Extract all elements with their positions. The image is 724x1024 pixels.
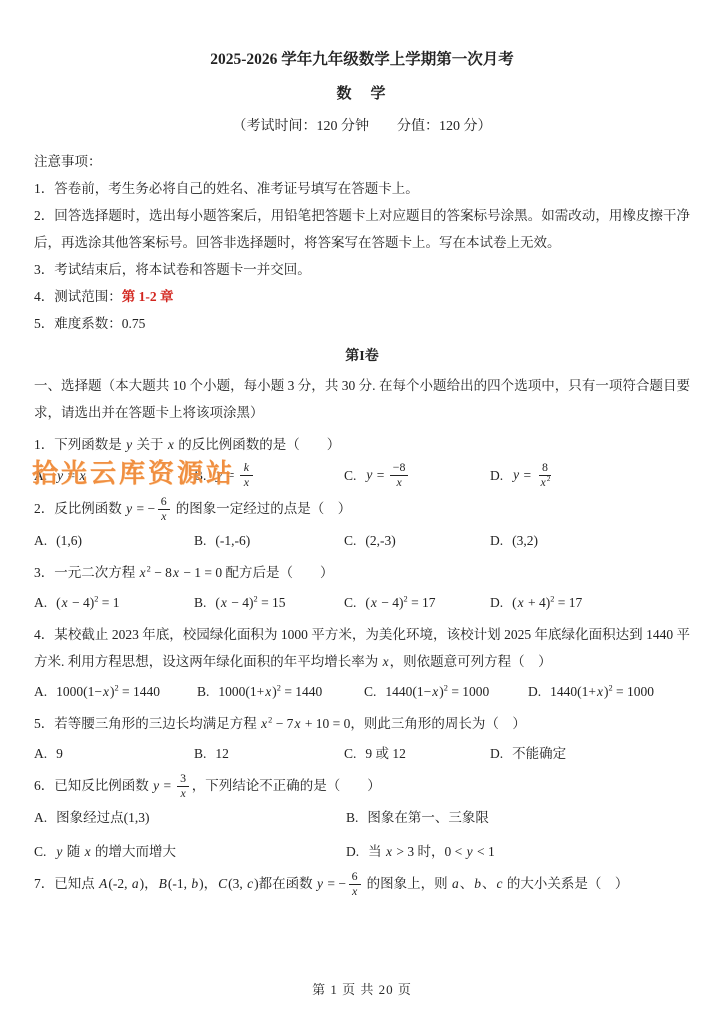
question-4-stem: 4．某校截止 2023 年底，校园绿化面积为 1000 平方米，为美化环境，该校… [34, 621, 690, 675]
question-6-option-D: D.当 x > 3 时，0 < y < 1 [346, 839, 690, 865]
math-variable: x [243, 475, 250, 489]
question-5-option-C: C.9 或 12 [344, 741, 490, 767]
question-6-option-A: A.图象经过点(1,3) [34, 805, 346, 831]
question-6-options: A.图象经过点(1,3)B.图象在第一、三象限C.y 随 x 的增大而增大D.当… [34, 805, 690, 865]
question-4-option-D: D.1440(1+x)2 = 1000 [528, 679, 690, 705]
math-fraction: kx [240, 461, 253, 489]
notice-item-1: 1．答卷前，考生务必将自己的姓名、准考证号填写在答题卡上。 [34, 175, 690, 202]
questions-container: 1．下列函数是 y 关于 x 的反比例函数的是（ ）A.y = xB.y = k… [34, 431, 690, 900]
option-label: A. [34, 679, 47, 705]
question-5-options: A.9B.12C.9 或 12D.不能确定 [34, 741, 690, 767]
question-6-option-B: B.图象在第一、三象限 [346, 805, 690, 831]
math-variable: c [246, 876, 254, 891]
math-superscript: 2 [550, 595, 554, 604]
notice-item-text: 2．回答选择题时，选出每小题答案后，用铅笔把答题卡上对应题目的答案标号涂黑。如需… [34, 208, 690, 250]
math-variable: x [596, 684, 604, 699]
question-7: 7．已知点 A(-2, a)，B(-1, b)，C(3, c)都在函数 y = … [34, 870, 690, 899]
question-5: 5．若等腰三角形的三边长均满足方程 x2 − 7x + 10 = 0，则此三角形… [34, 710, 690, 767]
option-content: y = kx [215, 462, 255, 490]
notice-item-5: 5．难度系数：0.75 [34, 310, 690, 337]
notice-item-text: 4．测试范围： [34, 289, 122, 304]
question-5-option-B: B.12 [194, 741, 344, 767]
notice-item-2: 2．回答选择题时，选出每小题答案后，用铅笔把答题卡上对应题目的答案标号涂黑。如需… [34, 202, 690, 256]
option-content: (1,6) [56, 528, 82, 554]
option-label: C. [34, 839, 46, 865]
question-1-stem: 1．下列函数是 y 关于 x 的反比例函数的是（ ） [34, 431, 690, 458]
option-content: 12 [215, 741, 229, 767]
option-content: (-1,-6) [215, 528, 250, 554]
exam-subject: 数 学 [34, 84, 690, 104]
option-label: D. [490, 590, 503, 616]
question-4-option-C: C.1440(1−x)2 = 1000 [364, 679, 528, 705]
math-variable: y [512, 467, 520, 482]
math-fraction: 8x2 [537, 461, 554, 489]
math-variable: x [382, 654, 390, 669]
question-1: 1．下列函数是 y 关于 x 的反比例函数的是（ ）A.y = xB.y = k… [34, 431, 690, 490]
question-6-stem: 6．已知反比例函数 y = 3x，下列结论不正确的是（ ） [34, 772, 690, 801]
notice-heading: 注意事项： [34, 148, 690, 175]
question-3-option-D: D.(x + 4)2 = 17 [490, 590, 690, 616]
math-superscript: 2 [444, 684, 448, 693]
option-content: y = x [56, 463, 86, 489]
notice-item-text: 1．答卷前，考生务必将自己的姓名、准考证号填写在答题卡上。 [34, 181, 419, 196]
question-1-options: A.y = xB.y = kxC.y = −8xD.y = 8x2 [34, 462, 690, 490]
option-content: (2,-3) [365, 528, 395, 554]
exam-time-score-info: （考试时间：120 分钟 分值：120 分） [34, 117, 690, 137]
page-footer: 第 1 页 共 20 页 [0, 979, 724, 998]
math-variable: y [125, 501, 133, 516]
math-variable: C [217, 876, 228, 891]
question-3-option-B: B.(x − 4)2 = 15 [194, 590, 344, 616]
math-fraction: 6x [157, 495, 170, 523]
math-variable: x [260, 716, 268, 731]
math-fraction: −8x [390, 461, 409, 489]
math-variable: y [316, 876, 324, 891]
notice-item-3: 3．考试结束后，将本试卷和答题卡一并交回。 [34, 256, 690, 283]
option-content: (x − 4)2 = 15 [215, 590, 285, 616]
question-3: 3．一元二次方程 x2 − 8x − 1 = 0 配方后是（ ）A.(x − 4… [34, 559, 690, 616]
option-label: C. [344, 528, 356, 554]
question-6: 6．已知反比例函数 y = 3x，下列结论不正确的是（ ）A.图象经过点(1,3… [34, 772, 690, 865]
math-variable: y [365, 467, 373, 482]
option-label: D. [490, 741, 503, 767]
option-label: B. [346, 805, 358, 831]
notice-item-text: 5．难度系数：0.75 [34, 316, 145, 331]
math-variable: x [395, 475, 402, 489]
question-2-option-C: C.(2,-3) [344, 528, 490, 554]
option-label: A. [34, 590, 47, 616]
math-variable: x [293, 716, 301, 731]
option-content: 1000(1−x)2 = 1440 [56, 679, 160, 705]
math-variable: x [139, 565, 147, 580]
option-label: C. [344, 590, 356, 616]
question-7-stem: 7．已知点 A(-2, a)，B(-1, b)，C(3, c)都在函数 y = … [34, 870, 690, 899]
math-variable: x [61, 595, 69, 610]
question-4-options: A.1000(1−x)2 = 1440B.1000(1+x)2 = 1440C.… [34, 679, 690, 705]
option-label: A. [34, 805, 47, 831]
question-1-option-C: C.y = −8x [344, 462, 490, 490]
option-content: (x − 4)2 = 1 [56, 590, 119, 616]
question-2-stem: 2．反比例函数 y = −6x 的图象一定经过的点是（ ） [34, 495, 690, 524]
option-label: B. [194, 741, 206, 767]
math-variable: k [243, 460, 250, 474]
math-superscript: 2 [94, 595, 98, 604]
math-variable: a [131, 876, 140, 891]
option-label: A. [34, 741, 47, 767]
question-5-option-A: A.9 [34, 741, 194, 767]
math-fraction: 3x [177, 772, 190, 800]
math-superscript: 2 [277, 684, 281, 693]
math-variable: x [517, 595, 525, 610]
math-superscript: 2 [254, 595, 258, 604]
option-label: D. [528, 679, 541, 705]
math-variable: x [264, 684, 272, 699]
option-label: B. [197, 679, 209, 705]
option-content: (x + 4)2 = 17 [512, 590, 582, 616]
volume-heading: 第I卷 [34, 343, 690, 370]
question-3-options: A.(x − 4)2 = 1B.(x − 4)2 = 15C.(x − 4)2 … [34, 590, 690, 616]
math-variable: c [496, 876, 504, 891]
math-variable: x [167, 437, 175, 452]
question-4-option-A: A.1000(1−x)2 = 1440 [34, 679, 197, 705]
option-content: y = 8x2 [512, 462, 555, 490]
math-variable: y [152, 778, 160, 793]
question-4-option-B: B.1000(1+x)2 = 1440 [197, 679, 364, 705]
math-variable: y [55, 844, 63, 859]
math-variable: x [160, 509, 167, 523]
math-variable: A [98, 876, 108, 891]
math-variable: y [466, 844, 474, 859]
option-content: 9 或 12 [365, 741, 406, 767]
math-variable: y [56, 468, 64, 483]
option-content: y 随 x 的增大而增大 [55, 839, 176, 865]
option-content: 1440(1+x)2 = 1000 [550, 679, 654, 705]
math-variable: a [451, 876, 460, 891]
math-superscript: 2 [608, 684, 612, 693]
question-5-stem: 5．若等腰三角形的三边长均满足方程 x2 − 7x + 10 = 0，则此三角形… [34, 710, 690, 737]
notice-item-4: 4．测试范围：第 1-2 章 [34, 283, 690, 310]
question-1-option-D: D.y = 8x2 [490, 462, 690, 490]
option-label: D. [490, 463, 503, 489]
option-content: (x − 4)2 = 17 [365, 590, 435, 616]
math-variable: x [79, 468, 87, 483]
question-5-option-D: D.不能确定 [490, 741, 690, 767]
math-superscript: 2 [147, 565, 151, 574]
math-variable: x [180, 786, 187, 800]
option-content: 图象经过点(1,3) [56, 805, 149, 831]
math-variable: y [215, 467, 223, 482]
notice-section: 注意事项： 1．答卷前，考生务必将自己的姓名、准考证号填写在答题卡上。2．回答选… [34, 148, 690, 337]
option-label: B. [194, 590, 206, 616]
option-content: 9 [56, 741, 63, 767]
question-3-option-A: A.(x − 4)2 = 1 [34, 590, 194, 616]
question-4: 4．某校截止 2023 年底，校园绿化面积为 1000 平方米，为美化环境，该校… [34, 621, 690, 705]
math-superscript: 2 [404, 595, 408, 604]
question-2-option-A: A.(1,6) [34, 528, 194, 554]
option-label: C. [344, 463, 356, 489]
option-label: B. [194, 463, 206, 489]
question-6-option-C: C.y 随 x 的增大而增大 [34, 839, 346, 865]
math-variable: x [102, 684, 110, 699]
question-2: 2．反比例函数 y = −6x 的图象一定经过的点是（ ）A.(1,6)B.(-… [34, 495, 690, 554]
notice-items: 1．答卷前，考生务必将自己的姓名、准考证号填写在答题卡上。2．回答选择题时，选出… [34, 175, 690, 337]
math-variable: B [158, 876, 168, 891]
option-label: D. [490, 528, 503, 554]
math-variable: x [385, 844, 393, 859]
option-content: 图象在第一、三象限 [367, 805, 489, 831]
option-content: 1000(1+x)2 = 1440 [218, 679, 322, 705]
option-label: C. [364, 679, 376, 705]
math-superscript: 2 [114, 684, 118, 693]
question-2-option-D: D.(3,2) [490, 528, 690, 554]
math-variable: x [172, 565, 180, 580]
option-label: D. [346, 839, 359, 865]
math-superscript: 2 [547, 474, 551, 483]
question-3-stem: 3．一元二次方程 x2 − 8x − 1 = 0 配方后是（ ） [34, 559, 690, 586]
math-variable: x [431, 684, 439, 699]
math-fraction: 6x [348, 870, 361, 898]
exam-paper-page: 2025-2026 学年九年级数学上学期第一次月考 数 学 （考试时间：120 … [0, 0, 724, 1024]
notice-item-text: 3．考试结束后，将本试卷和答题卡一并交回。 [34, 262, 311, 277]
test-scope-highlight: 第 1-2 章 [122, 289, 174, 304]
option-label: A. [34, 528, 47, 554]
math-variable: x [84, 844, 92, 859]
math-variable: x [351, 884, 358, 898]
math-variable: x [220, 595, 228, 610]
option-content: 不能确定 [512, 741, 566, 767]
option-content: 1440(1−x)2 = 1000 [385, 679, 489, 705]
math-variable: b [473, 876, 482, 891]
question-2-option-B: B.(-1,-6) [194, 528, 344, 554]
math-variable: x [370, 595, 378, 610]
exam-title: 2025-2026 学年九年级数学上学期第一次月考 [34, 50, 690, 70]
option-label: C. [344, 741, 356, 767]
math-variable: y [125, 437, 133, 452]
math-variable: b [190, 876, 199, 891]
option-content: (3,2) [512, 528, 538, 554]
option-content: 当 x > 3 时，0 < y < 1 [368, 839, 495, 865]
option-content: y = −8x [365, 462, 410, 490]
question-3-option-C: C.(x − 4)2 = 17 [344, 590, 490, 616]
math-superscript: 2 [268, 716, 272, 725]
choice-section-intro: 一、选择题（本大题共 10 个小题，每小题 3 分，共 30 分. 在每个小题给… [34, 372, 690, 426]
option-label: B. [194, 528, 206, 554]
option-label: A. [34, 463, 47, 489]
question-1-option-B: B.y = kx [194, 462, 344, 490]
question-2-options: A.(1,6)B.(-1,-6)C.(2,-3)D.(3,2) [34, 528, 690, 554]
question-1-option-A: A.y = x [34, 463, 194, 489]
